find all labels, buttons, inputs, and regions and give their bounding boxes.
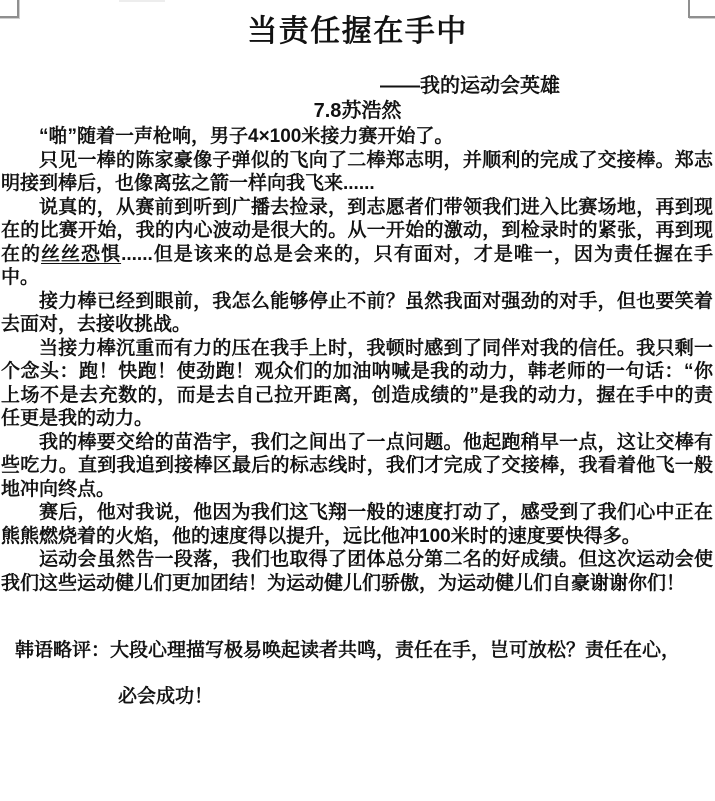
essay-paragraph-2: 只见一棒的陈家豪像子弹似的飞向了二棒郑志明，并顺利的完成了交接棒。郑志明接到棒后…: [1, 149, 713, 196]
essay-paragraph-3-underlined-phrase: 丝丝恐惧: [41, 244, 121, 265]
essay-paragraph-8: 运动会虽然告一段落，我们也取得了团体总分第二名的好成绩。但这次运动会使我们这些运…: [1, 548, 713, 595]
essay-paragraph-4: 接力棒已经到眼前，我怎么能够停止不前？虽然我面对强劲的对手，但也要笑着去面对，去…: [1, 290, 713, 337]
essay-author: 7.8苏浩然: [0, 100, 715, 122]
essay-paragraph-6: 我的棒要交给的苗浩宇，我们之间出了一点问题。他起跑稍早一点，这让交棒有些吃力。直…: [1, 431, 713, 502]
document-page: 当责任握在手中 ——我的运动会英雄 7.8苏浩然 “啪”随着一声枪响，男子4×1…: [0, 0, 715, 801]
scan-artifact-line: [119, 0, 165, 2]
essay-body: “啪”随着一声枪响，男子4×100米接力赛开始了。 只见一棒的陈家豪像子弹似的飞…: [0, 125, 715, 595]
essay-paragraph-7: 赛后，他对我说，他因为我们这飞翔一般的速度打动了，感受到了我们心中正在熊熊燃烧着…: [1, 501, 713, 548]
essay-subtitle: ——我的运动会英雄: [0, 75, 715, 97]
essay-paragraph-5: 当接力棒沉重而有力的压在我手上时，我顿时感到了同伴对我的信任。我只剩一个念头：跑…: [1, 337, 713, 431]
essay-paragraph-3: 说真的，从赛前到听到广播去捡录，到志愿者们带领我们进入比赛场地，再到现在的比赛开…: [1, 196, 713, 290]
page-corner-left-mark: [0, 0, 19, 18]
essay-paragraph-1: “啪”随着一声枪响，男子4×100米接力赛开始了。: [1, 125, 713, 149]
essay-title: 当责任握在手中: [0, 14, 715, 50]
teacher-comment: 韩语略评：大段心理描写极易唤起读者共鸣，责任在手，岂可放松？责任在心， 必会成功…: [0, 639, 715, 708]
page-corner-right-mark: [688, 0, 715, 18]
teacher-comment-line2: 必会成功！: [15, 685, 715, 709]
teacher-comment-line1: 韩语略评：大段心理描写极易唤起读者共鸣，责任在手，岂可放松？责任在心，: [15, 639, 715, 663]
